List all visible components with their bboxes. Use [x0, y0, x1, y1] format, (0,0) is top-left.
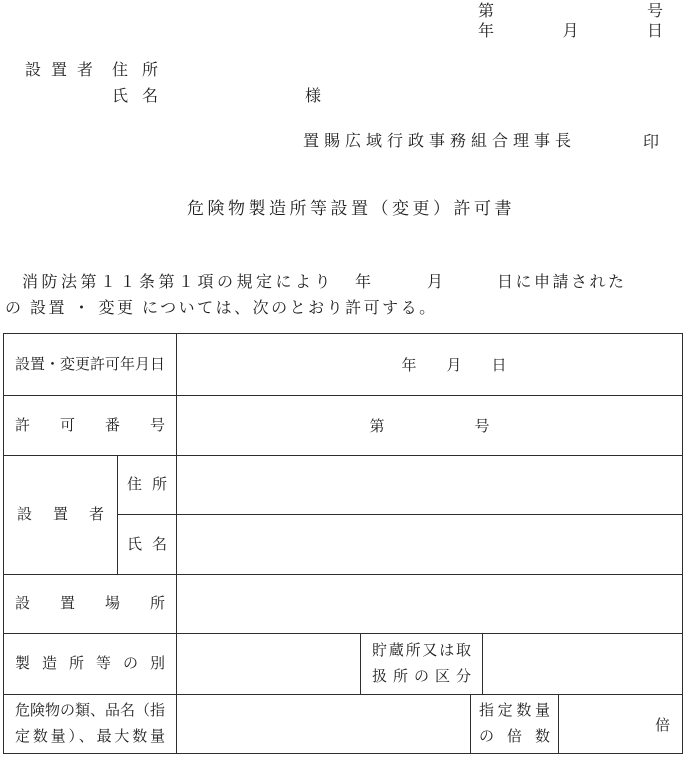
permit-table: 設置・変更許可年月日 年 月 日 許可番号 第 号 設置者 住所 氏名: [3, 333, 683, 754]
permit-date-label: 設置・変更許可年月日: [15, 352, 165, 378]
row-installer-address: 設置者 住所: [4, 456, 683, 515]
installer-address-value-cell: [177, 456, 683, 515]
row-permit-number: 許可番号 第 号: [4, 396, 683, 456]
facility-type-label: 製造所等の別: [15, 651, 165, 677]
addressee-address-label: 住所: [112, 62, 158, 79]
body-paragraph-line2: の 設置 ・ 変更 については、次のとおり許可する。: [5, 299, 438, 318]
storage-category-label-line1: 貯蔵所又は取: [372, 638, 471, 664]
installer-name-label-cell: 氏名: [118, 515, 177, 575]
installer-name-value-cell: [177, 515, 683, 575]
doc-date-line: 年 月 日: [478, 23, 663, 40]
date-year-label: 年: [478, 23, 494, 40]
multiple-label-cell: 指定数量 の倍数: [471, 695, 559, 754]
doc-number-line: 第 号: [478, 3, 663, 20]
issuer-name: 置賜広域行政事務組合理事長: [303, 133, 576, 150]
location-label: 設置場所: [15, 591, 165, 617]
body-paragraph-line1: 消防法第１１条第１項の規定により 年 月 日に申請された: [0, 273, 684, 293]
storage-category-label-line2: 扱所の区分: [372, 664, 471, 690]
doc-number-prefix: 第: [478, 3, 494, 20]
row-facility-type: 製造所等の別 貯蔵所又は取 扱所の区分: [4, 634, 683, 695]
document-title: 危険物製造所等設置（変更）許可書: [187, 199, 515, 218]
permit-number-value-cell: 第 号: [177, 396, 683, 456]
multiple-label-line1: 指定数量: [479, 698, 550, 724]
facility-type-value-cell: [177, 634, 361, 695]
hazmat-label-line1: 危険物の類、品名（指: [15, 698, 165, 724]
application-year-label: 年: [355, 273, 371, 292]
facility-type-label-cell: 製造所等の別: [4, 634, 177, 695]
hazmat-label-cell: 危険物の類、品名（指 定数量）、最大数量: [4, 695, 177, 754]
installer-address-label: 住所: [127, 472, 167, 498]
multiple-unit-label: 倍: [559, 695, 683, 754]
permit-number-label: 許可番号: [15, 413, 165, 439]
permit-date-label-cell: 設置・変更許可年月日: [4, 334, 177, 396]
installer-label-cell: 設置者: [4, 456, 118, 575]
installer-label: 設置者: [17, 502, 104, 528]
storage-category-value-cell: [483, 634, 683, 695]
legal-clause-text: 消防法第１１条第１項の規定により: [22, 273, 334, 292]
location-label-cell: 設置場所: [4, 575, 177, 634]
date-month-label: 月: [562, 23, 578, 40]
permit-number-label-cell: 許可番号: [4, 396, 177, 456]
storage-category-label-cell: 貯蔵所又は取 扱所の区分: [361, 634, 483, 695]
row-hazmat: 危険物の類、品名（指 定数量）、最大数量 指定数量 の倍数 倍: [4, 695, 683, 754]
location-value-cell: [177, 575, 683, 634]
honorific-sama: 様: [305, 88, 321, 105]
addressee-installer-label: 設置者: [25, 62, 93, 79]
installer-address-label-cell: 住所: [118, 456, 177, 515]
seal-placeholder: 印: [643, 134, 659, 151]
permit-date-value-cell: 年 月 日: [177, 334, 683, 396]
row-permit-date: 設置・変更許可年月日 年 月 日: [4, 334, 683, 396]
permit-document: 第 号 年 月 日 設置者 住所 氏名 様 置賜広域行政事務組合理事長 印 危険…: [0, 0, 684, 757]
hazmat-label-line2: 定数量）、最大数量: [15, 724, 165, 750]
multiple-label-line2: の倍数: [479, 724, 550, 750]
doc-number-suffix: 号: [647, 3, 663, 20]
installer-name-label: 氏名: [127, 532, 167, 558]
application-day-text: 日に申請された: [497, 273, 627, 292]
application-month-label: 月: [427, 273, 443, 292]
addressee-name-label: 氏名: [112, 88, 158, 105]
date-day-label: 日: [647, 23, 663, 40]
row-location: 設置場所: [4, 575, 683, 634]
hazmat-value-cell: [177, 695, 471, 754]
